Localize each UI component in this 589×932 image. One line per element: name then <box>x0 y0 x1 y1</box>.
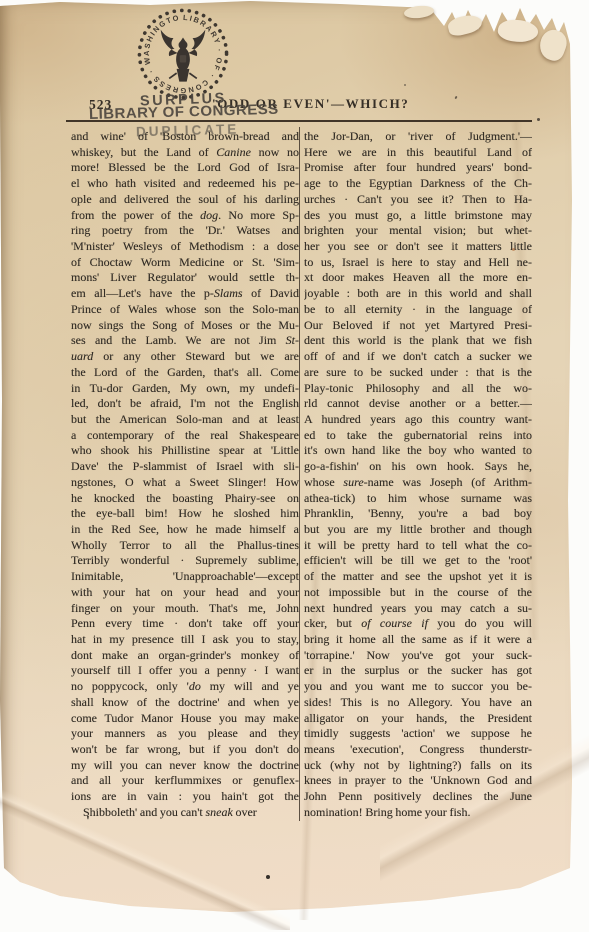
stray-quote-mark: ' <box>86 814 90 830</box>
text-line: are sure to be sucked under : that is th… <box>304 365 532 381</box>
eagle-icon <box>161 30 206 82</box>
text-line: timidly suggests 'action' we suppose he <box>304 726 532 742</box>
text-line: Wholly Terror to all the Phallus-tines <box>71 538 299 554</box>
text-column-right: the Jor-Dan, or 'river of Judgment.'—Her… <box>304 129 532 821</box>
text-line: knees in prayer to the 'Unknown God and <box>304 773 532 789</box>
text-line: more! Blessed be the Lord God of Isra- <box>71 160 299 176</box>
text-line: a contemporary of the real Shakespeare <box>71 428 299 444</box>
text-line: efficien't will be till we get to the 'r… <box>304 553 532 569</box>
text-line: in the Red See, how he made himself a <box>71 522 299 538</box>
text-line: ring poetry from the 'Dr.' Watses and <box>71 223 299 239</box>
text-line: your manners as you please and they <box>71 726 299 742</box>
text-line: you and you want me to succor you be- <box>304 679 532 695</box>
text-line: but you are my little brother and though <box>304 522 532 538</box>
text-line: from the power of the dog. No more Sp- <box>71 208 299 224</box>
text-column-left: and wine' of 'Boston brown-bread andwhis… <box>71 129 299 821</box>
text-line: dent this world is the plank that we fis… <box>304 333 532 349</box>
ink-speck <box>266 875 270 879</box>
text-line: next hundred years you may catch a su- <box>304 601 532 617</box>
text-line: means 'execution', Congress thunderstr- <box>304 742 532 758</box>
text-line: ses and the Lamb. We are not Jim St- <box>71 333 299 349</box>
text-line: yourself till I offer you a penny · I wa… <box>71 663 299 679</box>
text-line: shall know of the doctrine' and when ye <box>71 695 299 711</box>
text-line: ople and delivered the soul of his darli… <box>71 192 299 208</box>
text-line: rld cannot devise another or a better.— <box>304 396 532 412</box>
text-line: Play-tonic Philosophy and all the wo- <box>304 381 532 397</box>
text-line: A hundred years ago this country want- <box>304 412 532 428</box>
text-line: athea-tick) to him whose surname was <box>304 491 532 507</box>
text-line: Promise after four hundred years' bond- <box>304 160 532 176</box>
text-line: be to all eternity · in the language of <box>304 302 532 318</box>
text-line: come Tudor Manor House you may make <box>71 711 299 727</box>
text-line: age to the Egyptian Darkness of the Ch- <box>304 176 532 192</box>
text-line: of the matter and see the upshot yet it … <box>304 569 532 585</box>
text-line: joyable : both are in this world and sha… <box>304 286 532 302</box>
text-line: the Jor-Dan, or 'river of Judgment.'— <box>304 129 532 145</box>
text-line: Prince of Wales whose son the Solo-man <box>71 302 299 318</box>
text-line: and all your kerflummixes or genuflex- <box>71 773 299 789</box>
text-line: not impossible but in the course of the <box>304 585 532 601</box>
text-line: em all—Let's have the p-Slams of David <box>71 286 299 302</box>
text-line: xt door makes Heaven all the more en- <box>304 270 532 286</box>
text-line: des you must go, a little brimstone may <box>304 208 532 224</box>
text-line: 'torrapine.' Now you've got your suck- <box>304 648 532 664</box>
text-line: my will you can never know the doctrine <box>71 758 299 774</box>
text-line: finger on your mouth. That's me, John <box>71 601 299 617</box>
text-line: with your hat on your head and your <box>71 585 299 601</box>
scanned-page: LIBRARY · OF · CONGRESS · WASHINGTON 523… <box>0 0 589 932</box>
rust-speck <box>512 248 515 251</box>
text-line: alligator on your hands, the President <box>304 711 532 727</box>
text-line: in Tu-dor Garden, My own, my undefi- <box>71 381 299 397</box>
text-line: brighten your mental vision; but whet- <box>304 223 532 239</box>
text-line: ions are in vain : you hain't got the <box>71 789 299 805</box>
text-line: Penn every time · don't take off your <box>71 616 299 632</box>
text-line: uard or any other Steward but we are <box>71 349 299 365</box>
library-seal: LIBRARY · OF · CONGRESS · WASHINGTON <box>132 6 234 102</box>
text-line: the Lord of the Garden, that's all. Come <box>71 365 299 381</box>
text-line: go-a-fishin' on his own hook. Says he, <box>304 459 532 475</box>
text-line: whose sure-name was Joseph (of Arithm- <box>304 475 532 491</box>
text-line: uck (why not by lightning?) falls on its <box>304 758 532 774</box>
text-line: el who hath visited and redeemed his pe- <box>71 176 299 192</box>
text-line: urches · Can't you see it? Then to Ha- <box>304 192 532 208</box>
text-line: Here we are in this beautiful Land of <box>304 145 532 161</box>
text-line: the eye-ball bim! How he sloshed him <box>71 506 299 522</box>
text-line: er in the surplus or the sucker has got <box>304 663 532 679</box>
text-line: won't be far wrong, but if you don't do <box>71 742 299 758</box>
text-line: to us, Israel is here to stay and Hell n… <box>304 255 532 271</box>
text-line: Inimitable, 'Unapproachable'—except <box>71 569 299 585</box>
text-line: mons' Liver Regulator' would settle th- <box>71 270 299 286</box>
text-line: but the American Solo-man and at least <box>71 412 299 428</box>
ink-speck <box>537 118 540 121</box>
text-line: Dave' the P-slammist of Israel with sli- <box>71 459 299 475</box>
text-line: dont make an organ-grinder's monkey of <box>71 648 299 664</box>
text-line: bring it home all the same as if it were… <box>304 632 532 648</box>
text-line: of Choctaw Worm Medicine or St. 'Sim- <box>71 255 299 271</box>
text-line: ed to take the gubernatorial reins into <box>304 428 532 444</box>
text-line: Terribly wonderful · Supremely sublime, <box>71 553 299 569</box>
text-line: no poppycock, only 'do my will and ye <box>71 679 299 695</box>
text-line: and wine' of 'Boston brown-bread and <box>71 129 299 145</box>
column-divider-rule <box>299 127 300 821</box>
text-line: nomination! Bring home your fish. <box>304 805 532 821</box>
text-line: it's own hand like the boy who wanted to <box>304 443 532 459</box>
text-line: ngstones, O what a Sweet Slinger! How <box>71 475 299 491</box>
text-line: off of and if we don't catch a sucker we <box>304 349 532 365</box>
text-line: now sings the Song of Moses or the Mu- <box>71 318 299 334</box>
text-line: it will be pretty hard to tell what the … <box>304 538 532 554</box>
text-line: whiskey, but the Land of Canine now no <box>71 145 299 161</box>
text-line: hat in my presence till I ask you to sta… <box>71 632 299 648</box>
text-line: cker, but of course if you do you will <box>304 616 532 632</box>
text-line: her you see or don't see it matters litt… <box>304 239 532 255</box>
text-line: John Penn positively declines the June <box>304 789 532 805</box>
text-line: Shibboleth' and you can't sneak over <box>71 805 299 821</box>
text-line: 'M'nister' Wesleys of Methodism : a dose <box>71 239 299 255</box>
text-line: Our Beloved if not yet Martyred Presi- <box>304 318 532 334</box>
text-line: who shook his Phillistine spear at 'Litt… <box>71 443 299 459</box>
text-line: Phranklin, 'Benny, you're a bad boy <box>304 506 532 522</box>
ink-speck <box>404 84 406 86</box>
text-line: he knocked the boasting Phairy-see on <box>71 491 299 507</box>
text-line: sides! This is no Allegory. You have an <box>304 695 532 711</box>
text-line: led, don't be afraid, I'm not the Englis… <box>71 396 299 412</box>
